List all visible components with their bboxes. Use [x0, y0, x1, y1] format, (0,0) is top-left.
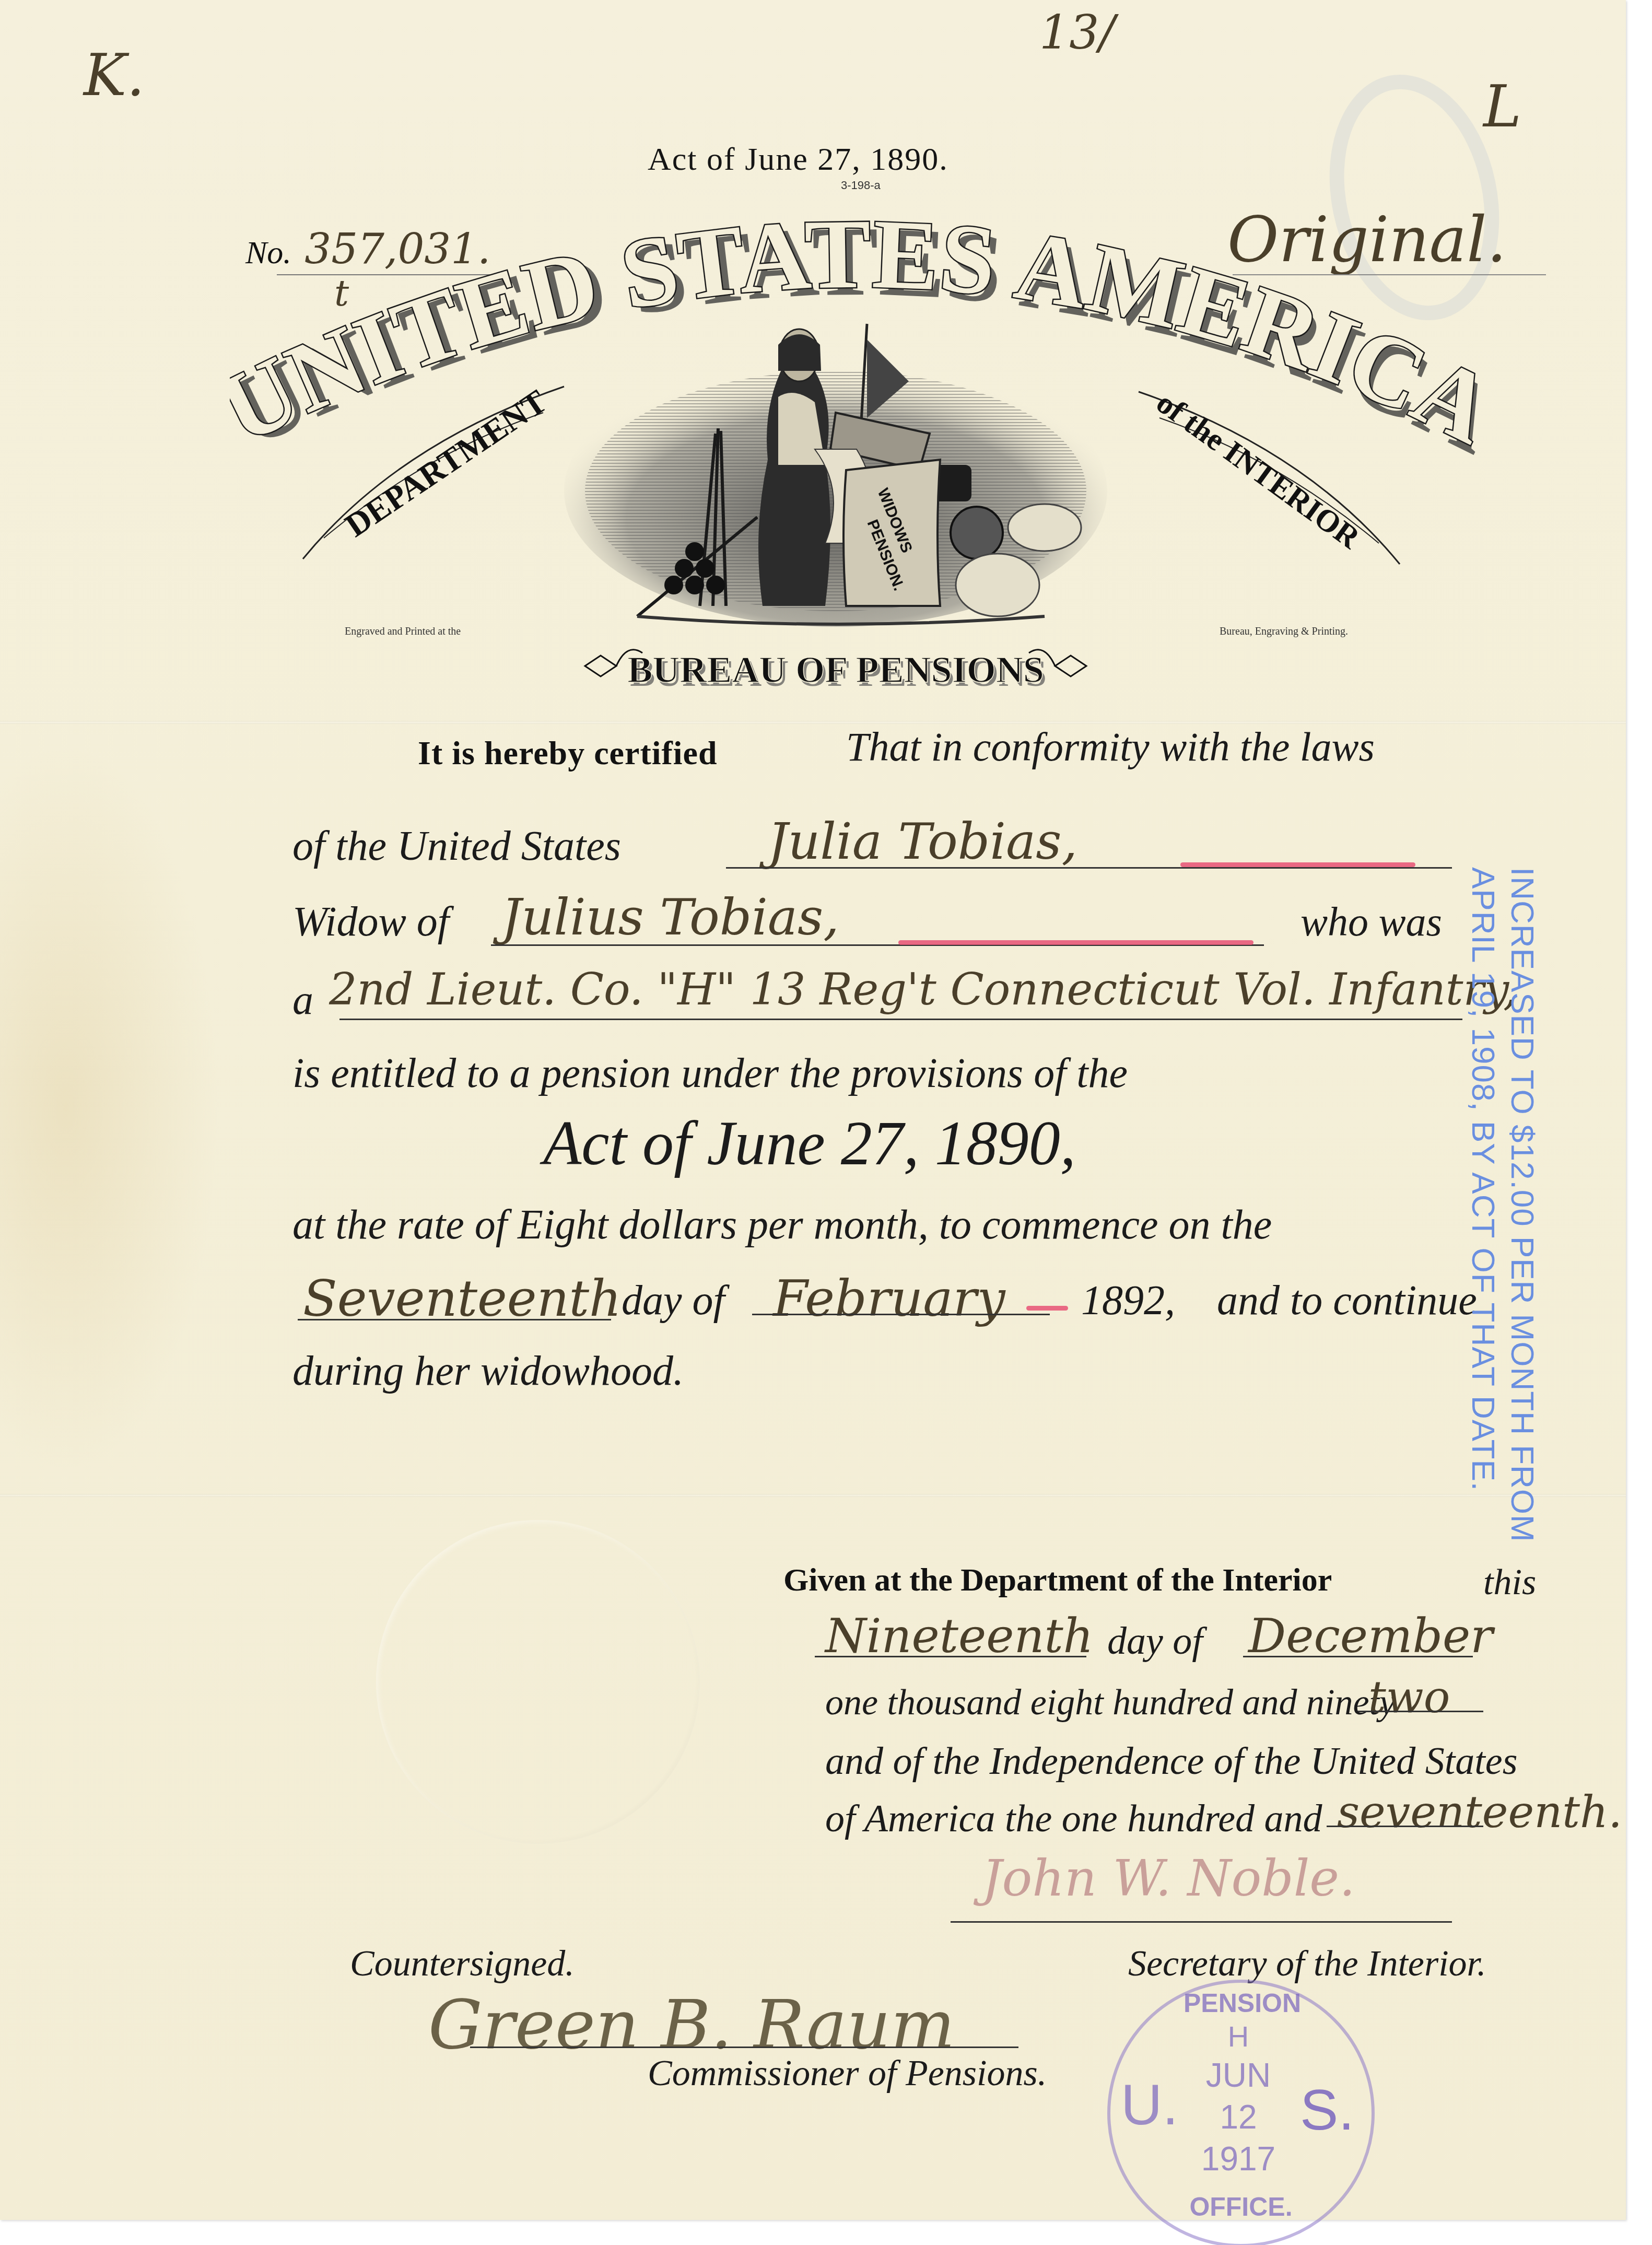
fold-crease: [0, 1494, 1626, 1497]
given-day-underline: [815, 1656, 1086, 1657]
widows-pension-vignette: WIDOWS PENSION.: [533, 293, 1139, 627]
postmark-bottom: OFFICE.: [1184, 2192, 1298, 2222]
independence-line: and of the Independence of the United St…: [825, 1739, 1517, 1784]
red-cancel-mark: [1026, 1306, 1068, 1311]
commence-month: February: [773, 1269, 1005, 1328]
body-line-2-prefix: of the United States: [292, 823, 621, 870]
act-name: Act of June 27, 1890,: [543, 1107, 1076, 1179]
engraving-caption-left: Engraved and Printed at the: [345, 626, 461, 638]
countersigned-label: Countersigned.: [350, 1943, 575, 1985]
paper-stain: [0, 742, 219, 1473]
pension-office-postmark: PENSION H JUN 12 1917 U. S. OFFICE.: [1107, 1980, 1375, 2245]
commissioner-signature-line: [470, 2047, 1018, 2048]
postmark-letter: H: [1223, 2019, 1254, 2053]
postmark-day: 12: [1210, 2098, 1267, 2136]
corner-mark-right: L: [1483, 73, 1521, 140]
act-header: Act of June 27, 1890.: [648, 141, 948, 178]
red-cancel-mark: [898, 940, 1253, 945]
given-month-underline: [1243, 1656, 1473, 1657]
service-record: 2nd Lieut. Co. "H" 13 Reg't Connecticut …: [329, 964, 1517, 1015]
service-underline: [339, 1019, 1462, 1020]
interior-banner: of the INTERIOR: [1118, 387, 1410, 575]
fold-crease: [0, 721, 1626, 724]
body-line-4-prefix: a: [292, 977, 313, 1024]
america-underline: [1327, 1826, 1483, 1827]
commence-month-underline: [752, 1314, 1050, 1315]
form-number: 3-198-a: [841, 179, 881, 192]
bureau-banner: BUREAU OF PENSIONS BUREAU OF PENSIONS: [575, 637, 1097, 695]
body-line-9: during her widowhood.: [292, 1348, 684, 1395]
pensioner-underline: [726, 867, 1452, 869]
postmark-left: U.: [1121, 2072, 1178, 2138]
secretary-signature: John W. Noble.: [982, 1849, 1355, 1908]
bureau-text: BUREAU OF PENSIONS: [627, 649, 1044, 691]
commence-day-of: day of: [622, 1277, 725, 1325]
engraving-caption-right: Bureau, Engraving & Printing.: [1220, 626, 1348, 638]
secretary-signature-line: [951, 1921, 1452, 1923]
america-prefix: of America the one hundred and: [825, 1797, 1322, 1841]
postmark-right: S.: [1298, 2077, 1356, 2143]
commence-day-underline: [298, 1319, 611, 1320]
increase-stamp-line-2: APRIL 19, 1908, BY ACT OF THAT DATE.: [1464, 867, 1502, 1491]
corner-mark-center: 13/: [1039, 5, 1115, 60]
body-line-7: at the rate of Eight dollars per month, …: [292, 1201, 1272, 1249]
soldier-name: Julius Tobias,: [501, 888, 839, 946]
commissioner-title: Commissioner of Pensions.: [648, 2053, 1047, 2095]
secretary-title: Secretary of the Interior.: [1128, 1943, 1486, 1985]
commence-year: 1892,: [1081, 1277, 1175, 1325]
increase-stamp: INCREASED TO $12.00 PER MONTH FROM APRIL…: [1442, 867, 1546, 1442]
given-year-suffix: two: [1368, 1671, 1450, 1723]
given-year-prefix: one thousand eight hundred and ninety: [825, 1682, 1396, 1724]
red-cancel-mark: [1180, 862, 1415, 867]
department-text: DEPARTMENT: [338, 382, 553, 544]
certified-lead: It is hereby certified: [418, 734, 718, 773]
postmark-top: PENSION: [1184, 1988, 1298, 2018]
postmark-year: 1917: [1194, 2139, 1283, 2178]
body-line-3-prefix: Widow of: [292, 898, 449, 946]
america-suffix: seventeenth.: [1337, 1786, 1622, 1838]
interior-text: of the INTERIOR: [1150, 387, 1366, 555]
given-day-of: day of: [1107, 1619, 1203, 1664]
corner-mark-left: K.: [84, 42, 145, 109]
body-line-1: That in conformity with the laws: [846, 723, 1375, 770]
given-lead: Given at the Department of the Interior: [783, 1562, 1332, 1599]
continue-text: and to continue: [1217, 1277, 1477, 1325]
postmark-month: JUN: [1202, 2056, 1275, 2095]
certificate-paper: K. 13/ L Act of June 27, 1890. 3-198-a N…: [0, 0, 1626, 2220]
increase-stamp-line-1: INCREASED TO $12.00 PER MONTH FROM: [1504, 867, 1541, 1542]
body-line-3-suffix: who was: [1300, 898, 1442, 945]
pensioner-name: Julia Tobias,: [768, 812, 1077, 871]
body-line-5: is entitled to a pension under the provi…: [292, 1050, 1128, 1097]
embossed-seal: [376, 1520, 700, 1844]
given-this: this: [1483, 1562, 1536, 1604]
given-year-underline: [1358, 1711, 1483, 1712]
